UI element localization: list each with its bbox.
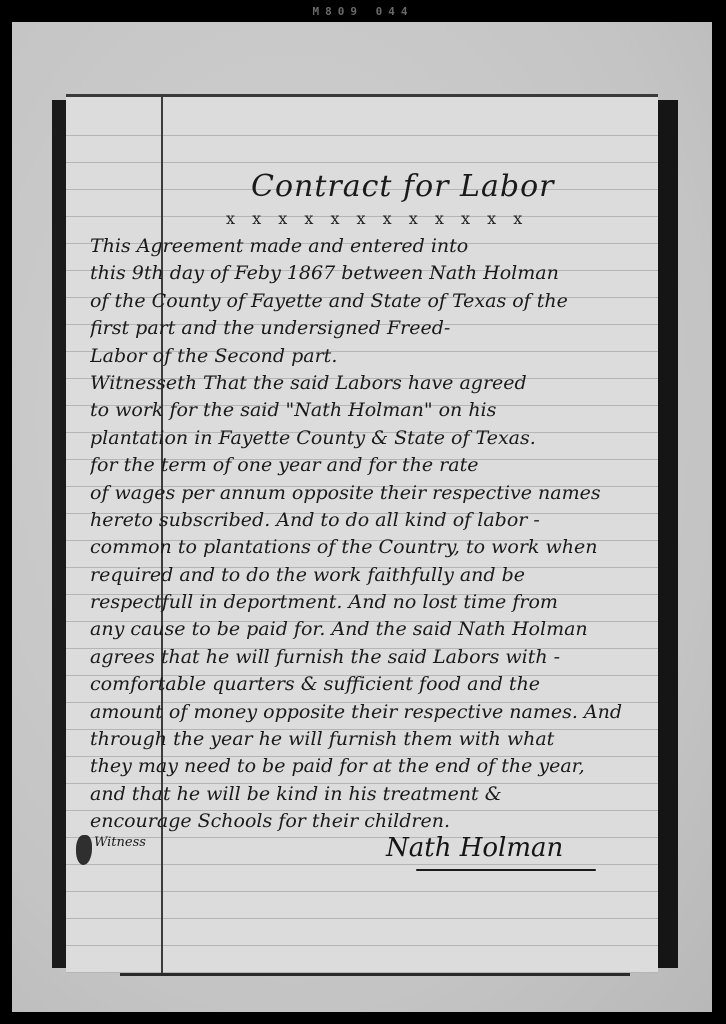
body-line: plantation in Fayette County & State of … xyxy=(90,425,650,452)
body-line: to work for the said "Nath Holman" on hi… xyxy=(90,397,650,424)
title-separator: x x x x x x x x x x x x xyxy=(226,209,528,228)
page-shadow-right xyxy=(656,100,678,968)
body-line: common to plantations of the Country, to… xyxy=(90,534,650,561)
witness-label: Witness xyxy=(94,835,146,850)
body-line: this 9th day of Feby 1867 between Nath H… xyxy=(90,260,650,287)
body-line: Witnesseth That the said Labors have agr… xyxy=(90,370,650,397)
page-shadow-left xyxy=(52,100,66,968)
body-line: required and to do the work faithfully a… xyxy=(90,562,650,589)
body-line: first part and the undersigned Freed- xyxy=(90,315,650,342)
film-frame-id: M809 044 xyxy=(313,5,414,18)
witness-x-mark xyxy=(76,835,92,865)
body-line: encourage Schools for their children. xyxy=(90,808,650,835)
body-line: any cause to be paid for. And the said N… xyxy=(90,616,650,643)
contract-body: This Agreement made and entered into thi… xyxy=(90,233,650,836)
body-line: Labor of the Second part. xyxy=(90,343,650,370)
body-line: through the year he will furnish them wi… xyxy=(90,726,650,753)
body-line: comfortable quarters & sufficient food a… xyxy=(90,671,650,698)
body-line: agrees that he will furnish the said Lab… xyxy=(90,644,650,671)
body-line: hereto subscribed. And to do all kind of… xyxy=(90,507,650,534)
body-line: respectfull in deportment. And no lost t… xyxy=(90,589,650,616)
signature: Nath Holman xyxy=(386,833,563,863)
body-line: they may need to be paid for at the end … xyxy=(90,753,650,780)
signature-flourish xyxy=(416,869,596,871)
body-line: for the term of one year and for the rat… xyxy=(90,452,650,479)
body-line: This Agreement made and entered into xyxy=(90,233,650,260)
body-line: and that he will be kind in his treatmen… xyxy=(90,781,650,808)
body-line: of wages per annum opposite their respec… xyxy=(90,480,650,507)
document-page: Contract for Labor x x x x x x x x x x x… xyxy=(66,94,658,973)
body-line: amount of money opposite their respectiv… xyxy=(90,699,650,726)
document-title: Contract for Labor xyxy=(251,169,554,204)
body-line: of the County of Fayette and State of Te… xyxy=(90,288,650,315)
microfilm-header: M809 044 xyxy=(0,0,726,22)
